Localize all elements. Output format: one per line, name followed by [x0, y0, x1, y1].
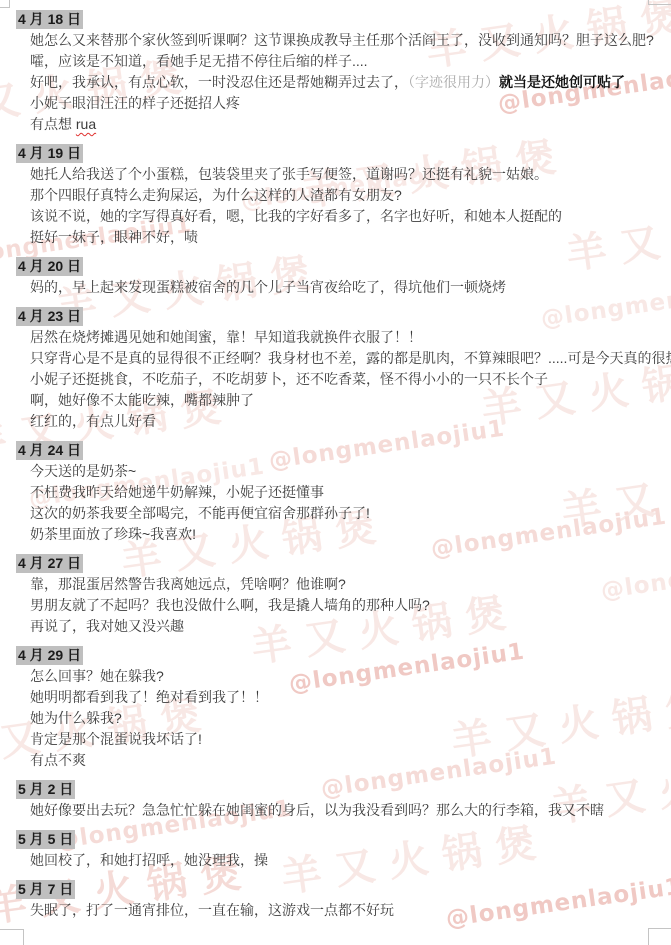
text-segment: 只穿背心是不是真的显得很不正经啊？我身材也不差，露的都是肌肉，不算辣眼吧？...…	[30, 350, 671, 366]
diary-entry: 4 月 20 日妈的，早上起来发现蛋糕被宿舍的几个儿子当宵夜给吃了，得坑他们一顿…	[16, 256, 671, 298]
diary-entry: 4 月 19 日她托人给我送了个小蛋糕，包装袋里夹了张手写便签，道谢吗？还挺有礼…	[16, 143, 671, 248]
entry-line: 失眠了，打了一通宵排位，一直在输，这游戏一点都不好玩	[30, 900, 671, 921]
entry-date: 5 月 2 日	[16, 780, 75, 799]
document-page: 羊又火锅煲羊又火锅煲@longmenlaojiu1羊又火锅煲@longmenla…	[0, 0, 671, 945]
text-segment: 她怎么又来替那个家伙签到听课啊？这节课换成教导主任那个活阎王了，没收到通知吗？胆…	[30, 32, 654, 48]
text-segment: 该说不说，她的字写得真好看，嗯，比我的字好看多了，名字也好听，和她本人挺配的	[30, 208, 562, 224]
text-segment: 再说了，我对她又没兴趣	[30, 618, 184, 634]
text-segment: 挺好一妹子，眼神不好，啧	[30, 229, 198, 245]
diary-entry: 4 月 29 日怎么回事？她在躲我?她明明都看到我了！绝对看到我了！！她为什么躲…	[16, 645, 671, 771]
text-segment: 奶茶里面放了珍珠~我喜欢!	[30, 526, 196, 542]
entry-date: 4 月 19 日	[16, 144, 83, 163]
diary-entry: 5 月 7 日失眠了，打了一通宵排位，一直在输，这游戏一点都不好玩	[16, 879, 671, 921]
diary-entry: 5 月 5 日她回校了，和她打招呼，她没理我，操	[16, 829, 671, 871]
text-segment: 她明明都看到我了！绝对看到我了！！	[30, 689, 268, 705]
entry-date-row: 4 月 27 日	[16, 553, 671, 574]
diary-entries: 4 月 18 日她怎么又来替那个家伙签到听课啊？这节课换成教导主任那个活阎王了，…	[0, 0, 671, 921]
entry-line: 怎么回事？她在躲我?	[30, 666, 671, 687]
entry-line: 好吧，我承认，有点心软，一时没忍住还是帮她糊弄过去了，（字迹很用力）就当是还她创…	[30, 72, 671, 93]
entry-date-row: 4 月 29 日	[16, 645, 671, 666]
text-segment: 妈的，早上起来发现蛋糕被宿舍的几个儿子当宵夜给吃了，得坑他们一顿烧烤	[30, 279, 506, 295]
text-segment: 她回校了，和她打招呼，她没理我，操	[30, 852, 268, 868]
text-segment-spell: rua	[76, 116, 96, 132]
entry-date: 4 月 29 日	[16, 646, 83, 665]
text-segment: 那个四眼仔真特么走狗屎运，为什么这样的人渣都有女朋友?	[30, 187, 402, 203]
entry-line: 今天送的是奶茶~	[30, 461, 671, 482]
entry-date-row: 5 月 2 日	[16, 779, 671, 800]
text-segment: 怎么回事？她在躲我?	[30, 668, 164, 684]
entry-date-row: 4 月 20 日	[16, 256, 671, 277]
entry-date: 4 月 18 日	[16, 10, 83, 29]
entry-line: 啊，她好像不太能吃辣，嘴都辣肿了	[30, 390, 671, 411]
entry-line: 她怎么又来替那个家伙签到听课啊？这节课换成教导主任那个活阎王了，没收到通知吗？胆…	[30, 30, 671, 51]
text-segment: 失眠了，打了一通宵排位，一直在输，这游戏一点都不好玩	[30, 902, 394, 918]
entry-line: 有点想 rua	[30, 114, 671, 135]
entry-date-row: 4 月 19 日	[16, 143, 671, 164]
diary-entry: 4 月 24 日今天送的是奶茶~不枉费我昨天给她递牛奶解辣，小妮子还挺懂事这次的…	[16, 440, 671, 545]
entry-date-row: 4 月 23 日	[16, 306, 671, 327]
text-segment: 她托人给我送了个小蛋糕，包装袋里夹了张手写便签，道谢吗？还挺有礼貌一姑娘。	[30, 166, 548, 182]
entry-date-row: 5 月 7 日	[16, 879, 671, 900]
text-segment-muted: （字迹很用力）	[408, 74, 499, 90]
text-segment: 啊，她好像不太能吃辣，嘴都辣肿了	[30, 392, 254, 408]
entry-date-row: 4 月 18 日	[16, 9, 671, 30]
entry-line: 奶茶里面放了珍珠~我喜欢!	[30, 524, 671, 545]
text-segment: 好吧，我承认，有点心软，一时没忍住还是帮她糊弄过去了，	[30, 74, 408, 90]
text-segment: 她好像要出去玩？急急忙忙躲在她闺蜜的身后，以为我没看到吗？那么大的行李箱，我又不…	[30, 802, 604, 818]
entry-line: 红红的，有点儿好看	[30, 411, 671, 432]
text-segment: 肯定是那个混蛋说我坏话了!	[30, 731, 202, 747]
entry-line: 不枉费我昨天给她递牛奶解辣，小妮子还挺懂事	[30, 482, 671, 503]
entry-line: 男朋友就了不起吗？我也没做什么啊，我是撬人墙角的那种人吗?	[30, 595, 671, 616]
entry-date: 5 月 7 日	[16, 880, 75, 899]
entry-date: 4 月 24 日	[16, 441, 83, 460]
entry-line: 她托人给我送了个小蛋糕，包装袋里夹了张手写便签，道谢吗？还挺有礼貌一姑娘。	[30, 164, 671, 185]
text-boundary-mark-bottom-left	[0, 929, 24, 945]
entry-line: 嚯，应该是不知道，看她手足无措不停往后缩的样子....	[30, 51, 671, 72]
text-segment: 这次的奶茶我要全部喝完，不能再便宜宿舍那群孙子了!	[30, 505, 370, 521]
entry-line: 这次的奶茶我要全部喝完，不能再便宜宿舍那群孙子了!	[30, 503, 671, 524]
entry-line: 那个四眼仔真特么走狗屎运，为什么这样的人渣都有女朋友?	[30, 185, 671, 206]
text-segment: 有点想	[30, 116, 76, 132]
text-segment: 靠，那混蛋居然警告我离她远点，凭啥啊？他谁啊?	[30, 576, 346, 592]
diary-entry: 4 月 18 日她怎么又来替那个家伙签到听课啊？这节课换成教导主任那个活阎王了，…	[16, 9, 671, 135]
entry-line: 小妮子眼泪汪汪的样子还挺招人疼	[30, 93, 671, 114]
entry-line: 妈的，早上起来发现蛋糕被宿舍的几个儿子当宵夜给吃了，得坑他们一顿烧烤	[30, 277, 671, 298]
entry-line: 她回校了，和她打招呼，她没理我，操	[30, 850, 671, 871]
diary-entry: 5 月 2 日她好像要出去玩？急急忙忙躲在她闺蜜的身后，以为我没看到吗？那么大的…	[16, 779, 671, 821]
text-segment: 居然在烧烤摊遇见她和她闺蜜，靠！早知道我就换件衣服了！！	[30, 329, 422, 345]
entry-line: 有点不爽	[30, 750, 671, 771]
entry-line: 她为什么躲我?	[30, 708, 671, 729]
text-segment: 小妮子眼泪汪汪的样子还挺招人疼	[30, 95, 240, 111]
text-segment: 男朋友就了不起吗？我也没做什么啊，我是撬人墙角的那种人吗?	[30, 597, 430, 613]
text-segment: 有点不爽	[30, 752, 86, 768]
text-segment: 今天送的是奶茶~	[30, 463, 136, 479]
entry-line: 靠，那混蛋居然警告我离她远点，凭啥啊？他谁啊?	[30, 574, 671, 595]
entry-date: 4 月 23 日	[16, 307, 83, 326]
entry-date: 5 月 5 日	[16, 830, 75, 849]
entry-date: 4 月 27 日	[16, 554, 83, 573]
entry-date-row: 4 月 24 日	[16, 440, 671, 461]
entry-date: 4 月 20 日	[16, 257, 83, 276]
entry-line: 小妮子还挺挑食，不吃茄子，不吃胡萝卜，还不吃香菜，怪不得小小的一只不长个子	[30, 369, 671, 390]
entry-date-row: 5 月 5 日	[16, 829, 671, 850]
entry-line: 肯定是那个混蛋说我坏话了!	[30, 729, 671, 750]
diary-entry: 4 月 23 日居然在烧烤摊遇见她和她闺蜜，靠！早知道我就换件衣服了！！只穿背心…	[16, 306, 671, 432]
entry-line: 只穿背心是不是真的显得很不正经啊？我身材也不差，露的都是肌肉，不算辣眼吧？...…	[30, 348, 671, 369]
text-segment: 不枉费我昨天给她递牛奶解辣，小妮子还挺懂事	[30, 484, 324, 500]
text-segment: 嚯，应该是不知道，看她手足无措不停往后缩的样子....	[30, 53, 368, 69]
text-segment: 她为什么躲我?	[30, 710, 122, 726]
entry-line: 她明明都看到我了！绝对看到我了！！	[30, 687, 671, 708]
entry-line: 居然在烧烤摊遇见她和她闺蜜，靠！早知道我就换件衣服了！！	[30, 327, 671, 348]
text-segment: 小妮子还挺挑食，不吃茄子，不吃胡萝卜，还不吃香菜，怪不得小小的一只不长个子	[30, 371, 548, 387]
diary-entry: 4 月 27 日靠，那混蛋居然警告我离她远点，凭啥啊？他谁啊?男朋友就了不起吗？…	[16, 553, 671, 637]
entry-line: 她好像要出去玩？急急忙忙躲在她闺蜜的身后，以为我没看到吗？那么大的行李箱，我又不…	[30, 800, 671, 821]
entry-line: 该说不说，她的字写得真好看，嗯，比我的字好看多了，名字也好听，和她本人挺配的	[30, 206, 671, 227]
text-segment-bold: 就当是还她创可贴了	[499, 74, 625, 90]
entry-line: 再说了，我对她又没兴趣	[30, 616, 671, 637]
entry-line: 挺好一妹子，眼神不好，啧	[30, 227, 671, 248]
text-boundary-mark-bottom-right	[648, 928, 671, 945]
text-segment: 红红的，有点儿好看	[30, 413, 156, 429]
